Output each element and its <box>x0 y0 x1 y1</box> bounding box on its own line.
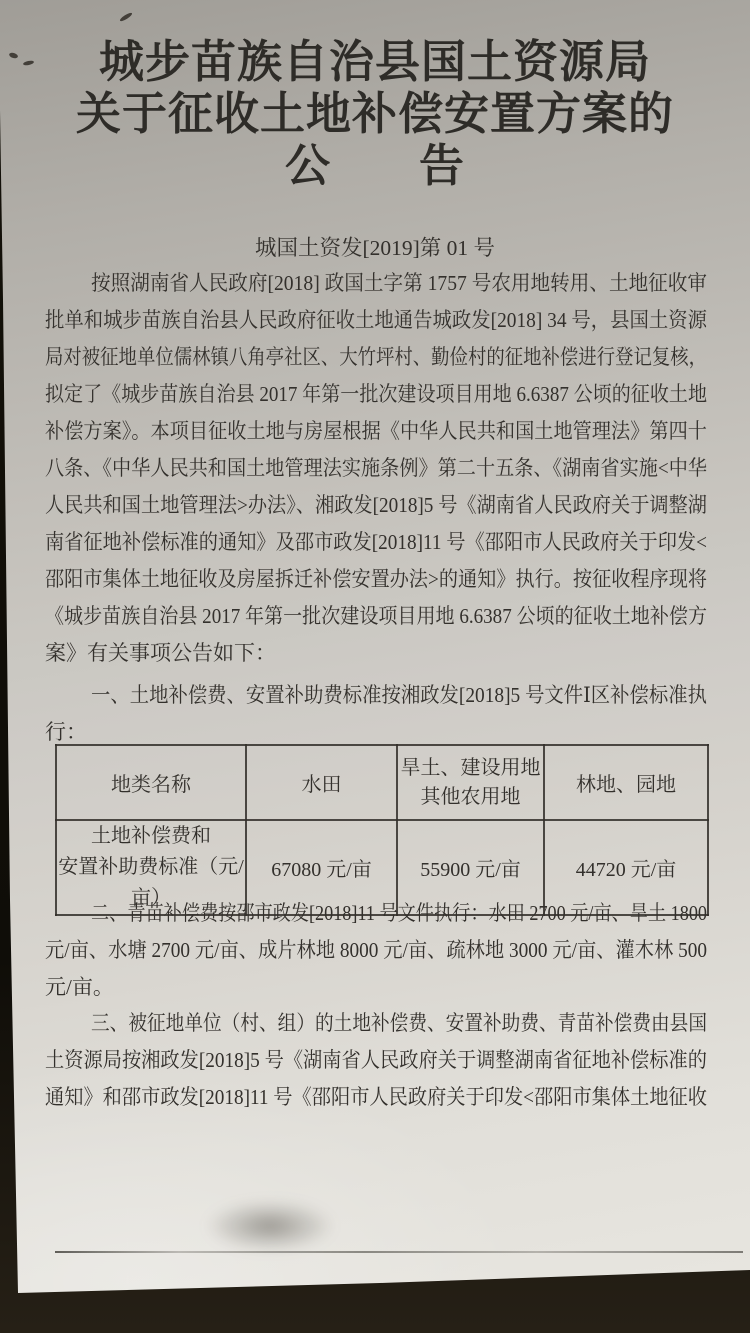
header-forest: 林地、园地 <box>544 745 708 820</box>
body-line: 一、土地补偿费、安置补助费标准按湘政发[2018]5 号文件Ⅰ区补偿标准执 <box>45 677 707 714</box>
header-land-type: 地类名称 <box>56 745 246 820</box>
item2-paragraph: 二、青苗补偿费按邵市政发[2018]11 号文件执行：水田 2700 元/亩、旱… <box>45 895 707 1006</box>
table-header-row: 地类名称 水田 旱土、建设用地 其他农用地 林地、园地 <box>56 745 708 820</box>
title-line-1: 城步苗族自治县国土资源局 <box>0 36 750 88</box>
title-char-gong: 公 <box>285 140 331 191</box>
body-line: 土资源局按湘政发[2018]5 号《湖南省人民政府关于调整湖南省征地补偿标准的 <box>45 1042 707 1079</box>
body-line: 《城步苗族自治县 2017 年第一批次建设项目用地 6.6387 公顷的征收土地… <box>45 598 707 635</box>
item3-paragraph: 三、被征地单位（村、组）的土地补偿费、安置补助费、青苗补偿费由县国 土资源局按湘… <box>45 1005 707 1116</box>
title-line-2: 关于征收土地补偿安置方案的 <box>0 88 750 140</box>
body-line: 案》有关事项公告如下： <box>45 635 707 672</box>
body-line: 人民共和国土地管理法>办法》、湘政发[2018]5 号《湖南省人民政府关于调整湖 <box>45 487 707 524</box>
title-line-3: 公告 <box>0 140 750 192</box>
body-line: 二、青苗补偿费按邵市政发[2018]11 号文件执行：水田 2700 元/亩、旱… <box>45 895 707 932</box>
body-line: 元/亩。 <box>45 969 707 1006</box>
item1-paragraph: 一、土地补偿费、安置补助费标准按湘政发[2018]5 号文件Ⅰ区补偿标准执 行： <box>45 677 707 751</box>
notice-paper: 城步苗族自治县国土资源局 关于征收土地补偿安置方案的 公告 城国土资发[2019… <box>0 0 750 1333</box>
body-line: 局对被征地单位儒林镇八角亭社区、大竹坪村、勤俭村的征地补偿进行登记复核， <box>45 339 707 376</box>
body-line: 按照湖南省人民政府[2018] 政国土字第 1757 号农用地转用、土地征收审 <box>45 265 707 302</box>
body-line: 补偿方案》。本项目征收土地与房屋根据《中华人民共和国土地管理法》第四十 <box>45 413 707 450</box>
ink-speck <box>119 12 133 23</box>
pencil-line <box>55 1251 743 1253</box>
title-char-gao: 告 <box>419 140 465 191</box>
photo-backdrop: 城步苗族自治县国土资源局 关于征收土地补偿安置方案的 公告 城国土资发[2019… <box>0 0 750 1333</box>
body-line: 邵阳市集体土地征收及房屋拆迁补偿安置办法>的通知》执行。按征收程序现将 <box>45 561 707 598</box>
paper-smudge <box>205 1200 335 1252</box>
body-line: 南省征地补偿标准的通知》及邵市政发[2018]11 号《邵阳市人民政府关于印发< <box>45 524 707 561</box>
notice-title: 城步苗族自治县国土资源局 关于征收土地补偿安置方案的 公告 <box>0 36 750 192</box>
body-line: 通知》和邵市政发[2018]11 号《邵阳市人民政府关于印发<邵阳市集体土地征收 <box>45 1079 707 1116</box>
body-line: 批单和城步苗族自治县人民政府征收土地通告城政发[2018] 34 号，县国土资源 <box>45 302 707 339</box>
header-dryland: 旱土、建设用地 其他农用地 <box>397 745 544 820</box>
body-line: 元/亩、水塘 2700 元/亩、成片林地 8000 元/亩、疏林地 3000 元… <box>45 932 707 969</box>
body-line: 拟定了《城步苗族自治县 2017 年第一批次建设项目用地 6.6387 公顷的征… <box>45 376 707 413</box>
body-line: 三、被征地单位（村、组）的土地补偿费、安置补助费、青苗补偿费由县国 <box>45 1005 707 1042</box>
body-line: 八条、《中华人民共和国土地管理法实施条例》第二十五条、《湖南省实施<中华 <box>45 450 707 487</box>
intro-paragraph: 按照湖南省人民政府[2018] 政国土字第 1757 号农用地转用、土地征收审 … <box>45 265 707 672</box>
document-number: 城国土资发[2019]第 01 号 <box>0 233 750 263</box>
header-paddy: 水田 <box>246 745 397 820</box>
compensation-table: 地类名称 水田 旱土、建设用地 其他农用地 林地、园地 土地补偿费和 安置补助费… <box>55 744 709 916</box>
